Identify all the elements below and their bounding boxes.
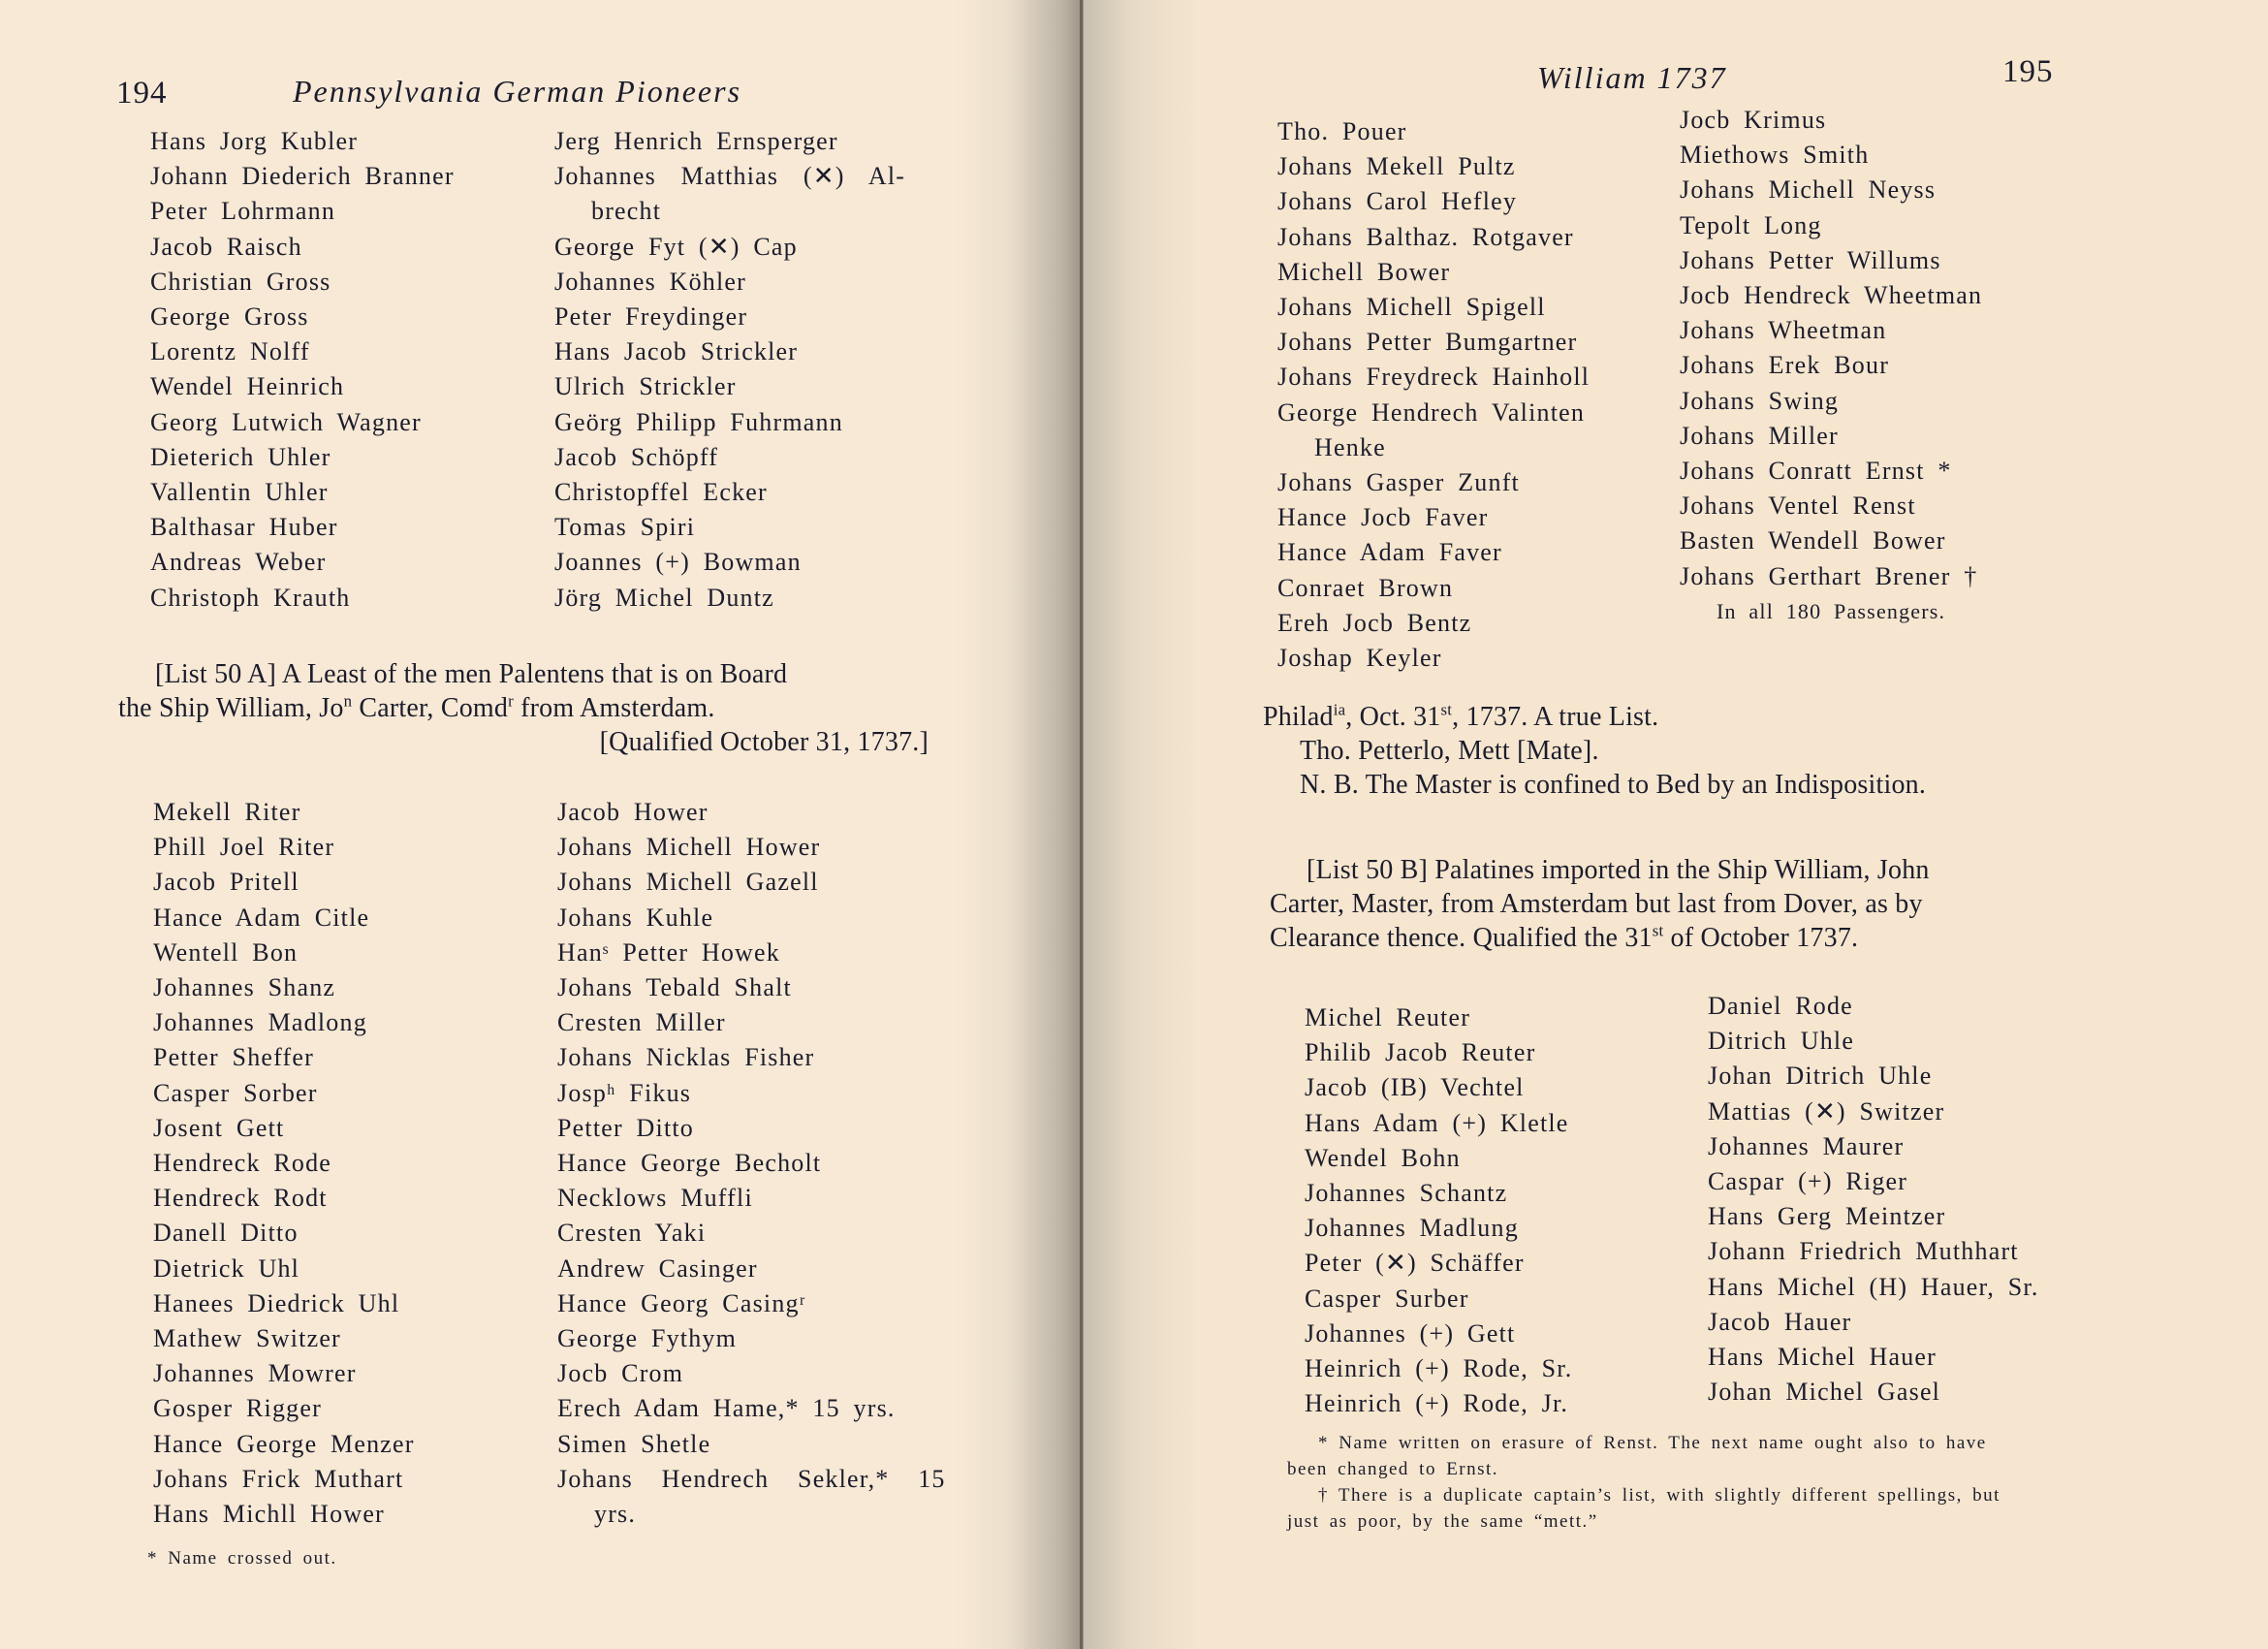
name-entry: Hanees Diedrick Uhl	[153, 1286, 415, 1321]
name-entry: Andreas Weber	[150, 545, 455, 580]
name-entry: Johans Carol Hefley	[1277, 184, 1590, 219]
name-entry: Gosper Rigger	[153, 1391, 415, 1426]
name-entry: Johans Wheetman	[1680, 313, 1982, 348]
name-entry: Johans Ventel Renst	[1680, 489, 1982, 523]
text: , Oct. 31	[1345, 702, 1440, 732]
name-entry: Johans Miller	[1680, 419, 1982, 454]
name-entry: Jacob Schöpff	[554, 440, 905, 475]
attestation: Philadia, Oct. 31st, 1737. A true List. …	[1263, 700, 2096, 802]
running-head-right: William 1737	[1537, 60, 1727, 96]
name-entry: Johans Petter Bumgartner	[1277, 325, 1590, 360]
right-page	[1084, 0, 2268, 1649]
book-gutter	[1080, 0, 1083, 1649]
name-entry: Tomas Spiri	[554, 510, 905, 545]
name-entry: Johans Kuhle	[557, 901, 946, 935]
name-entry: Peter Lohrmann	[150, 194, 455, 229]
list-50b-column-1: Michel Reuter Philib Jacob Reuter Jacob …	[1305, 1000, 1572, 1421]
name-entry: Johans Mekell Pultz	[1277, 149, 1590, 184]
name-entry: Casper Surber	[1305, 1282, 1572, 1316]
name-entry: Jocb Hendreck Wheetman	[1680, 278, 1982, 313]
name-entry: Hendreck Rode	[153, 1146, 415, 1181]
footnote-line: † There is a duplicate captain’s list, w…	[1287, 1482, 2092, 1508]
name-entry: Hance Jocb Faver	[1277, 500, 1590, 535]
text: of October 1737.	[1663, 923, 1858, 953]
name-entry: Hans Jacob Strickler	[554, 334, 905, 369]
name-entry: Dietrick Uhl	[153, 1252, 415, 1286]
heading-line: Clearance thence. Qualified the 31st of …	[1270, 921, 2094, 955]
name-entry: Hance George Becholt	[557, 1146, 946, 1181]
name-entry: Johans Hendrech Sekler,* 15	[557, 1462, 946, 1497]
name-entry: Balthasar Huber	[150, 510, 455, 545]
name-entry: Johannes Matthias (✕) Al-	[554, 159, 905, 194]
footnotes-right: * Name written on erasure of Renst. The …	[1287, 1430, 2092, 1535]
name-entry: Hance George Menzer	[153, 1427, 415, 1462]
name-entry: Johannes (+) Gett	[1305, 1316, 1572, 1351]
name-entry: Johans Tebald Shalt	[557, 970, 946, 1005]
name-entry: Jerg Henrich Ernsperger	[554, 124, 905, 159]
name-entry: Petter Ditto	[557, 1111, 946, 1146]
name-entry: Necklows Muffli	[557, 1181, 946, 1216]
heading-line: [List 50 A] A Least of the men Palentens…	[118, 657, 929, 691]
list-50a-heading: [List 50 A] A Least of the men Palentens…	[118, 657, 929, 759]
name-entry: Johans Nicklas Fisher	[557, 1040, 946, 1075]
name-entry: Hans Jorg Kubler	[150, 124, 455, 159]
name-entry: Johans Michell Hower	[557, 830, 946, 865]
page-number-right: 195	[2002, 54, 2054, 90]
name-entry: Johans Balthaz. Rotgaver	[1277, 220, 1590, 255]
name-entry: Tho. Pouer	[1277, 114, 1590, 149]
name-entry: Johann Diederich Branner	[150, 159, 455, 194]
name-entry: Heinrich (+) Rode, Jr.	[1305, 1386, 1572, 1421]
text: the Ship William, Jo	[118, 693, 344, 723]
name-entry: Johans Conratt Ernst *	[1680, 454, 1982, 489]
name-entry: Geörg Philipp Fuhrmann	[554, 405, 905, 440]
name-entry: Johans Erek Bour	[1680, 348, 1982, 383]
name-entry: Cresten Yaki	[557, 1216, 946, 1251]
attest-line: N. B. The Master is confined to Bed by a…	[1263, 768, 2096, 802]
list-50a-column-1: Mekell Riter Phill Joel Riter Jacob Prit…	[153, 795, 415, 1532]
name-entry: Tepolt Long	[1680, 208, 1982, 243]
running-head-left: Pennsylvania German Pioneers	[293, 74, 741, 110]
name-entry: Joshap Keyler	[1277, 641, 1590, 676]
name-column-right-2: Jocb Krimus Miethows Smith Johans Michel…	[1680, 103, 1982, 629]
page-number-left: 194	[116, 76, 168, 111]
name-entry: Vallentin Uhler	[150, 475, 455, 510]
name-entry: Johans Gasper Zunft	[1277, 465, 1590, 500]
name-entry: Daniel Rode	[1708, 989, 2039, 1024]
name-entry: Johannes Mowrer	[153, 1356, 415, 1391]
name-entry: George Fythym	[557, 1321, 946, 1356]
name-entry: Jocb Crom	[557, 1356, 946, 1391]
name-entry: Joannes (+) Bowman	[554, 545, 905, 580]
name-entry: Mathew Switzer	[153, 1321, 415, 1356]
name-entry: Dieterich Uhler	[150, 440, 455, 475]
footnote-line: been changed to Ernst.	[1287, 1456, 2092, 1482]
name-entry: Hans Michel (H) Hauer, Sr.	[1708, 1270, 2039, 1305]
name-entry: Hanˢ Petter Howek	[557, 935, 946, 970]
name-entry: Lorentz Nolff	[150, 334, 455, 369]
name-entry: Johann Friedrich Muthhart	[1708, 1234, 2039, 1269]
text: Carter, Comd	[352, 693, 508, 723]
name-entry: Peter (✕) Schäffer	[1305, 1246, 1572, 1281]
name-entry-continuation: brecht	[554, 194, 905, 229]
name-entry: Wentell Bon	[153, 935, 415, 970]
name-entry: Andrew Casinger	[557, 1252, 946, 1286]
attest-line: Tho. Petterlo, Mett [Mate].	[1263, 734, 2096, 768]
list-50b-column-2: Daniel Rode Ditrich Uhle Johan Ditrich U…	[1708, 989, 2039, 1410]
name-entry: Erech Adam Hame,* 15 yrs.	[557, 1391, 946, 1426]
name-entry: Jacob Raisch	[150, 230, 455, 265]
passenger-total: In all 180 Passengers.	[1680, 594, 1982, 629]
name-entry: Mattias (✕) Switzer	[1708, 1094, 2039, 1129]
name-entry-continuation: yrs.	[557, 1497, 946, 1532]
superscript: st	[1441, 701, 1453, 719]
name-entry: Christian Gross	[150, 265, 455, 300]
name-entry: George Gross	[150, 300, 455, 334]
name-entry: Jocb Krimus	[1680, 103, 1982, 138]
name-entry: Casper Sorber	[153, 1076, 415, 1111]
name-entry: Phill Joel Riter	[153, 830, 415, 865]
name-entry: Johans Michell Neyss	[1680, 173, 1982, 207]
name-entry: Hance Adam Citle	[153, 901, 415, 935]
name-entry: Jacob Hauer	[1708, 1305, 2039, 1340]
name-entry: Hans Michll Hower	[153, 1497, 415, 1532]
name-entry: Miethows Smith	[1680, 138, 1982, 173]
name-entry: Johannes Madlung	[1305, 1211, 1572, 1246]
attest-line: Philadia, Oct. 31st, 1737. A true List.	[1263, 700, 2096, 734]
name-entry: Conraet Brown	[1277, 571, 1590, 606]
name-entry: Johannes Maurer	[1708, 1129, 2039, 1164]
footnote-line: * Name written on erasure of Renst. The …	[1287, 1430, 2092, 1456]
name-entry: Petter Sheffer	[153, 1040, 415, 1075]
name-entry: Johannes Madlong	[153, 1005, 415, 1040]
footnote-left: * Name crossed out.	[147, 1545, 337, 1571]
name-entry: Wendel Heinrich	[150, 369, 455, 404]
name-column-right-1: Tho. Pouer Johans Mekell Pultz Johans Ca…	[1277, 114, 1590, 676]
name-entry: Johans Michell Gazell	[557, 865, 946, 900]
name-entry: Mekell Riter	[153, 795, 415, 830]
name-entry: Christoph Krauth	[150, 581, 455, 616]
qualified-date: [Qualified October 31, 1737.]	[118, 725, 929, 759]
name-entry: Christopffel Ecker	[554, 475, 905, 510]
name-entry: Johannes Shanz	[153, 970, 415, 1005]
superscript: st	[1653, 922, 1664, 940]
name-entry: Johan Ditrich Uhle	[1708, 1059, 2039, 1094]
heading-line: Carter, Master, from Amsterdam but last …	[1270, 887, 2094, 921]
name-entry: Jacob (IB) Vechtel	[1305, 1070, 1572, 1105]
name-entry: Johans Swing	[1680, 384, 1982, 419]
name-entry: Hance Georg Casingʳ	[557, 1286, 946, 1321]
heading-line: [List 50 B] Palatines imported in the Sh…	[1270, 853, 2094, 887]
text: Philad	[1263, 702, 1334, 732]
name-entry-continuation: Henke	[1277, 430, 1590, 465]
name-entry: Ditrich Uhle	[1708, 1024, 2039, 1059]
name-entry: Jacob Pritell	[153, 865, 415, 900]
name-entry: Johans Michell Spigell	[1277, 290, 1590, 325]
name-entry: Cresten Miller	[557, 1005, 946, 1040]
name-entry: Danell Ditto	[153, 1216, 415, 1251]
name-entry: Johans Petter Willums	[1680, 243, 1982, 278]
name-entry: Johannes Schantz	[1305, 1176, 1572, 1211]
name-entry: George Hendrech Valinten	[1277, 396, 1590, 430]
name-entry: Hans Adam (+) Kletle	[1305, 1106, 1572, 1141]
name-entry: Wendel Bohn	[1305, 1141, 1572, 1176]
list-50b-heading: [List 50 B] Palatines imported in the Sh…	[1270, 853, 2094, 955]
name-entry: Michell Bower	[1277, 255, 1590, 290]
name-entry: Michel Reuter	[1305, 1000, 1572, 1035]
superscript: ia	[1334, 701, 1346, 719]
name-entry: Ulrich Strickler	[554, 369, 905, 404]
name-entry: George Fyt (✕) Cap	[554, 230, 905, 265]
superscript: n	[344, 692, 353, 711]
name-entry: Jacob Hower	[557, 795, 946, 830]
name-entry: Peter Freydinger	[554, 300, 905, 334]
text: , 1737. A true List.	[1452, 702, 1658, 732]
name-entry: Hans Michel Hauer	[1708, 1340, 2039, 1375]
name-entry: Jospʰ Fikus	[557, 1076, 946, 1111]
name-entry: Philib Jacob Reuter	[1305, 1035, 1572, 1070]
name-entry: Georg Lutwich Wagner	[150, 405, 455, 440]
name-entry: Johans Frick Muthart	[153, 1462, 415, 1497]
name-entry: Johans Gerthart Brener †	[1680, 559, 1982, 594]
name-entry: Johans Freydreck Hainholl	[1277, 360, 1590, 395]
name-entry: Caspar (+) Riger	[1708, 1164, 2039, 1199]
name-column-left-1: Hans Jorg Kubler Johann Diederich Branne…	[150, 124, 455, 616]
name-entry: Hance Adam Faver	[1277, 535, 1590, 570]
name-entry: Josent Gett	[153, 1111, 415, 1146]
name-entry: Jörg Michel Duntz	[554, 581, 905, 616]
heading-line: the Ship William, Jon Carter, Comdr from…	[118, 691, 929, 725]
name-entry: Hans Gerg Meintzer	[1708, 1199, 2039, 1234]
name-entry: Heinrich (+) Rode, Sr.	[1305, 1351, 1572, 1386]
name-entry: Simen Shetle	[557, 1427, 946, 1462]
footnote-line: just as poor, by the same “mett.”	[1287, 1508, 2092, 1535]
list-50a-column-2: Jacob Hower Johans Michell Hower Johans …	[557, 795, 946, 1532]
text: from Amsterdam.	[514, 693, 715, 723]
name-column-left-2: Jerg Henrich Ernsperger Johannes Matthia…	[554, 124, 905, 616]
name-entry: Ereh Jocb Bentz	[1277, 606, 1590, 641]
name-entry: Johannes Köhler	[554, 265, 905, 300]
text: Clearance thence. Qualified the 31	[1270, 923, 1653, 953]
name-entry: Basten Wendell Bower	[1680, 523, 1982, 558]
name-entry: Hendreck Rodt	[153, 1181, 415, 1216]
name-entry: Johan Michel Gasel	[1708, 1375, 2039, 1410]
